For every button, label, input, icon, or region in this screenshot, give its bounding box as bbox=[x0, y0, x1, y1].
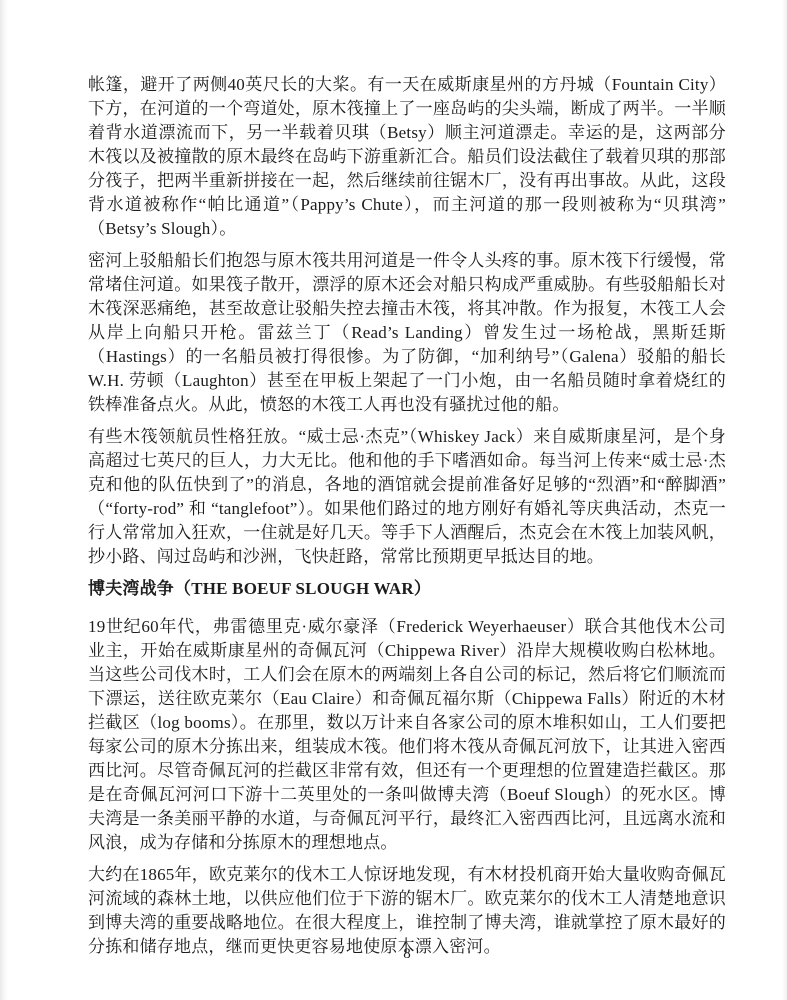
paragraph-whiskey-jack: 有些木筏领航员性格狂放。“威士忌·杰克”（Whiskey Jack）来自威斯康星… bbox=[88, 425, 726, 569]
page-number: 8 bbox=[88, 944, 726, 964]
document-page: 帐篷，避开了两侧40英尺长的大桨。有一天在威斯康星州的方丹城（Fountain … bbox=[0, 0, 787, 1000]
section-heading-beef-slough-war: 博夫湾战争（THE BOEUF SLOUGH WAR） bbox=[88, 577, 726, 601]
paragraph-steamboat-conflict: 密河上驳船船长们抱怨与原木筏共用河道是一件令人头疼的事。原木筏下行缓慢，常常堵住… bbox=[88, 249, 726, 417]
paragraph-raft-accident: 帐篷，避开了两侧40英尺长的大桨。有一天在威斯康星州的方丹城（Fountain … bbox=[88, 73, 726, 241]
paragraph-beef-slough-intro: 19世纪60年代，弗雷德里克·威尔豪泽（Frederick Weyerhaeus… bbox=[88, 615, 726, 855]
page-content: 帐篷，避开了两侧40英尺长的大桨。有一天在威斯康星州的方丹城（Fountain … bbox=[88, 73, 726, 967]
